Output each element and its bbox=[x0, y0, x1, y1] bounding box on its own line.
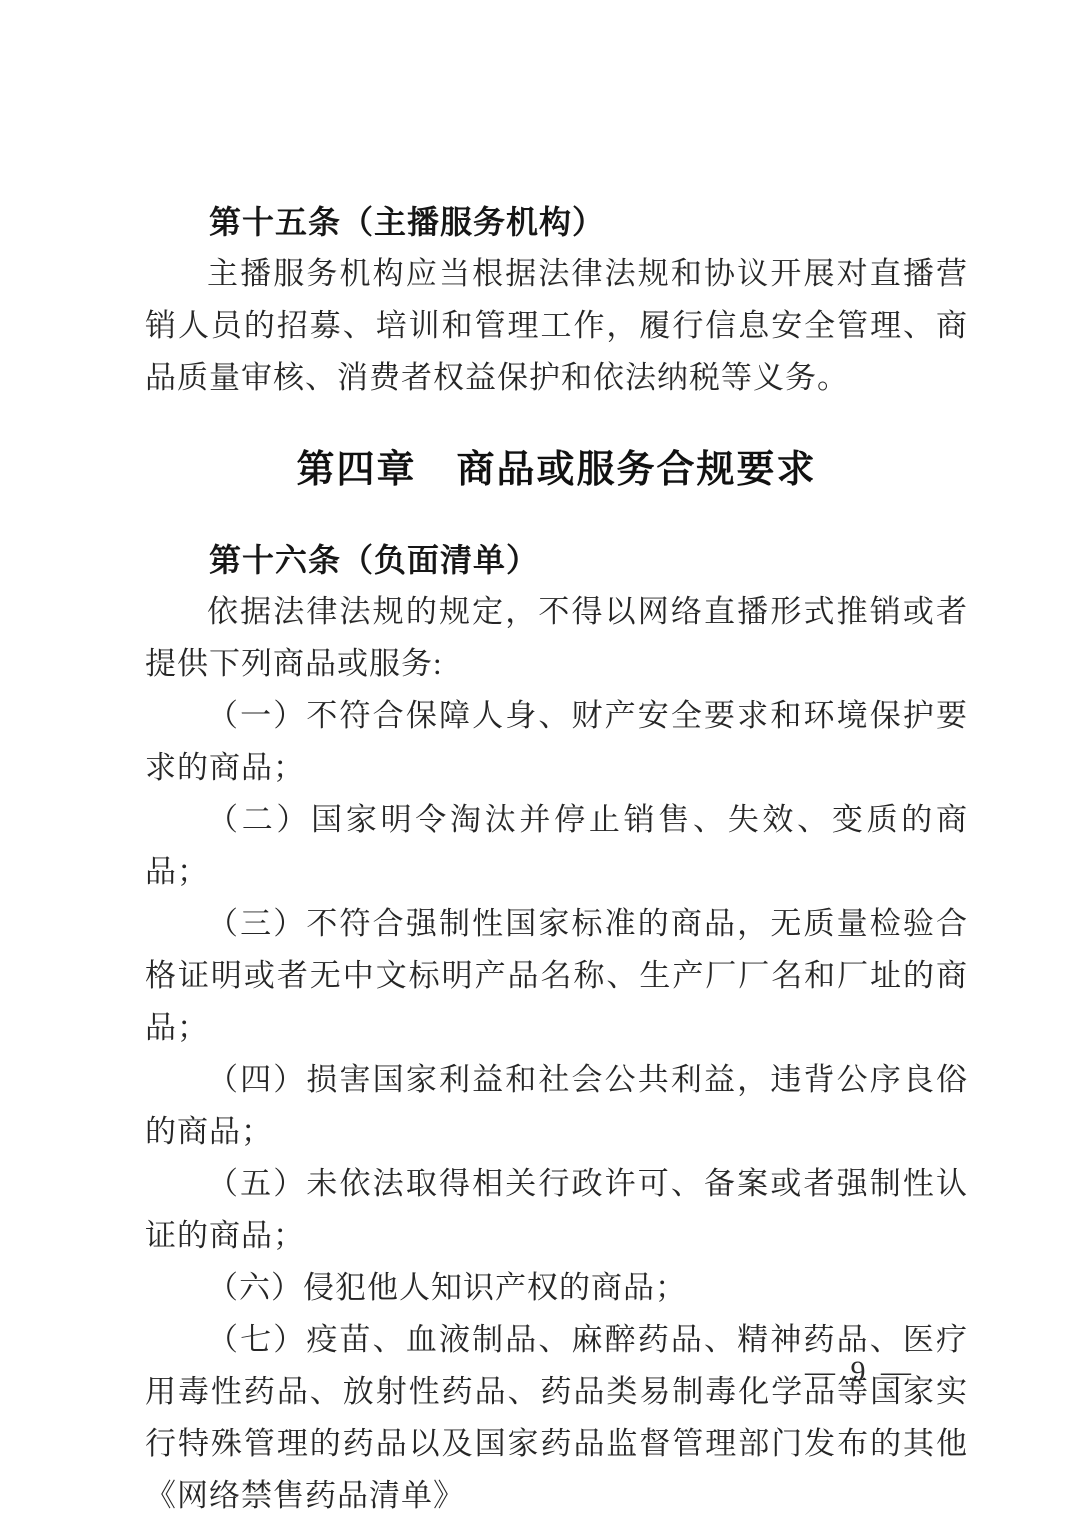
article-16-item-2: （二）国家明令淘汰并停止销售、失效、变质的商品； bbox=[145, 794, 968, 898]
article-15-body: 主播服务机构应当根据法律法规和协议开展对直播营销人员的招募、培训和管理工作，履行… bbox=[145, 248, 968, 404]
document-page: 第十五条（主播服务机构） 主播服务机构应当根据法律法规和协议开展对直播营销人员的… bbox=[0, 0, 1080, 1527]
chapter-4-title: 第四章 商品或服务合规要求 bbox=[145, 442, 968, 498]
article-16-item-4: （四）损害国家利益和社会公共利益，违背公序良俗的商品； bbox=[145, 1054, 968, 1158]
article-16-item-6: （六）侵犯他人知识产权的商品； bbox=[145, 1262, 968, 1314]
document-content: 第十五条（主播服务机构） 主播服务机构应当根据法律法规和协议开展对直播营销人员的… bbox=[0, 0, 1080, 1522]
article-15-section: 第十五条（主播服务机构） 主播服务机构应当根据法律法规和协议开展对直播营销人员的… bbox=[145, 196, 968, 404]
article-16-item-5: （五）未依法取得相关行政许可、备案或者强制性认证的商品； bbox=[145, 1158, 968, 1262]
article-16-item-1: （一）不符合保障人身、财产安全要求和环境保护要求的商品； bbox=[145, 690, 968, 794]
article-16-heading: 第十六条（负面清单） bbox=[145, 534, 968, 586]
article-16-item-3: （三）不符合强制性国家标准的商品，无质量检验合格证明或者无中文标明产品名称、生产… bbox=[145, 898, 968, 1054]
article-15-heading: 第十五条（主播服务机构） bbox=[145, 196, 968, 248]
article-16-item-7: （七）疫苗、血液制品、麻醉药品、精神药品、医疗用毒性药品、放射性药品、药品类易制… bbox=[145, 1314, 968, 1522]
article-16-intro: 依据法律法规的规定，不得以网络直播形式推销或者提供下列商品或服务: bbox=[145, 586, 968, 690]
page-number: — 9 — bbox=[805, 1352, 915, 1392]
